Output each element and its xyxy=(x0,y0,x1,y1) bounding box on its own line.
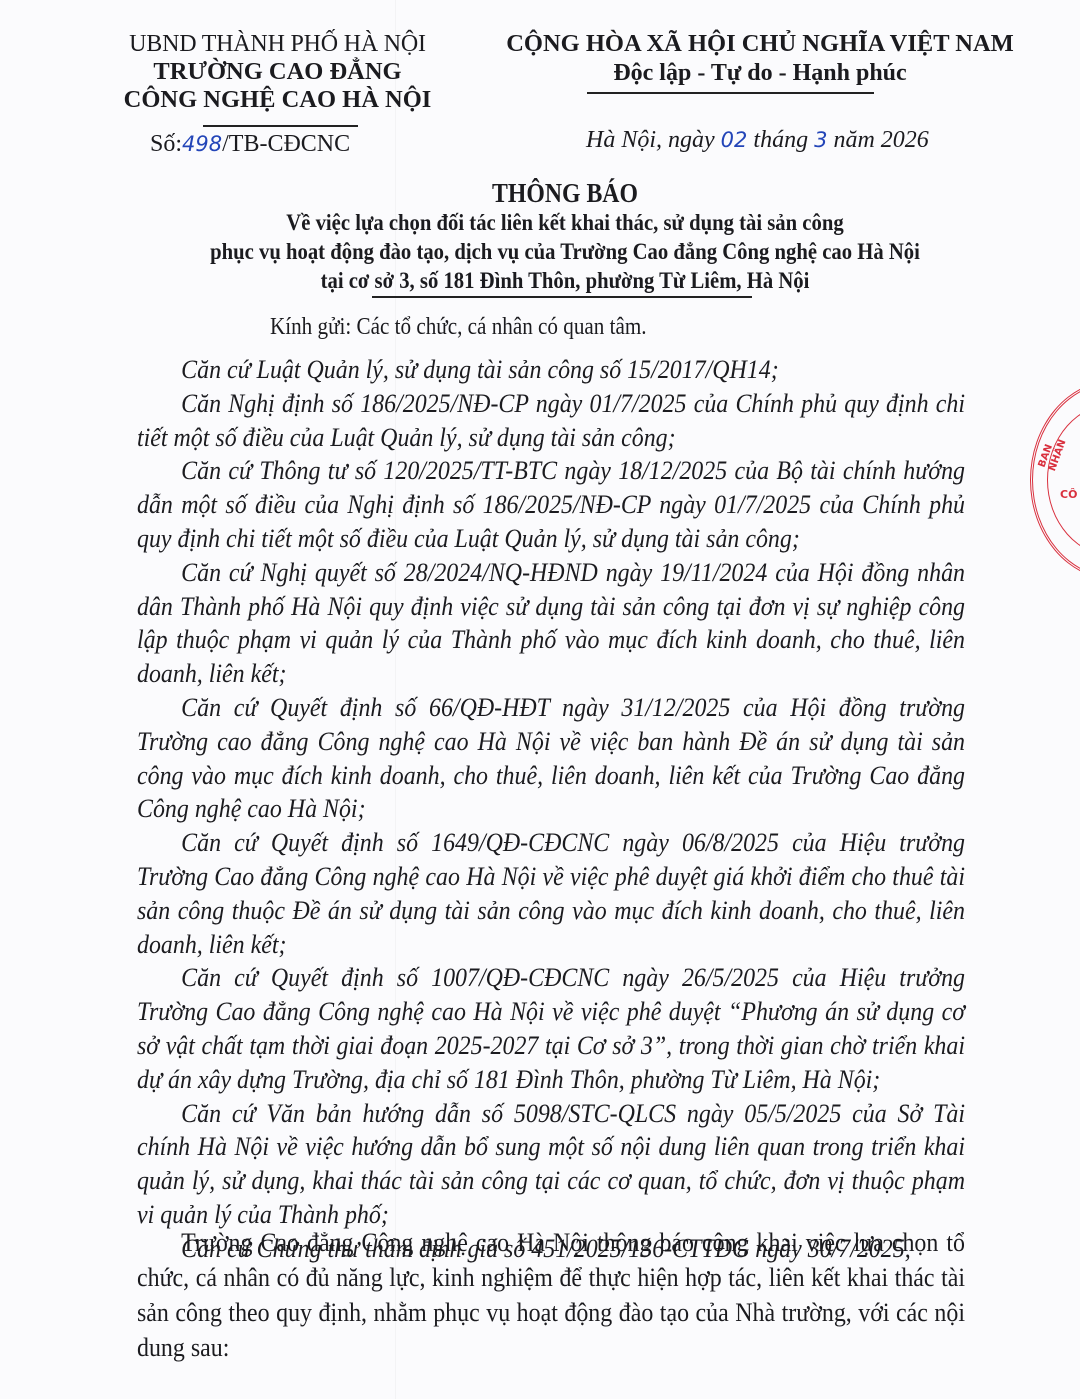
document-number-prefix: Số: xyxy=(150,131,182,157)
issue-date: Hà Nội, ngày 02 tháng 3 năm 2026 xyxy=(586,127,929,154)
year-text: năm 2026 xyxy=(827,127,928,153)
subject-line-1: Về việc lựa chọn đối tác liên kết khai t… xyxy=(121,209,1010,238)
school-name-line2: CÔNG NGHỆ CAO HÀ NỘI xyxy=(0,86,555,114)
month-handwritten: 3 xyxy=(814,128,827,152)
day-handwritten: 02 xyxy=(721,128,748,152)
subject-line-3: tại cơ sở 3, số 181 Đình Thôn, phường Từ… xyxy=(121,267,1010,296)
legal-basis-item: Căn cứ Quyết định số 1649/QĐ-CĐCNC ngày … xyxy=(137,826,965,961)
motto-underline xyxy=(587,92,874,94)
document-number: Số:498/TB-CĐCNC xyxy=(150,131,350,158)
announcement-text: Trường Cao đẳng Công nghệ cao Hà Nội thô… xyxy=(137,1225,965,1365)
national-motto: Độc lập - Tự do - Hạnh phúc xyxy=(445,58,1075,88)
legal-basis-item: Căn cứ Nghị quyết số 28/2024/NQ-HĐND ngà… xyxy=(137,556,965,691)
legal-basis-item: Căn cứ Quyết định số 66/QĐ-HĐT ngày 31/1… xyxy=(137,691,965,826)
authority-underline xyxy=(203,125,358,127)
national-header-block: CỘNG HÒA XÃ HỘI CHỦ NGHĨA VIỆT NAM Độc l… xyxy=(445,30,1075,88)
document-type-heading: THÔNG BÁO xyxy=(121,177,1010,209)
legal-basis-item: Căn cứ Văn bản hướng dẫn số 5098/STC-QLC… xyxy=(137,1097,965,1232)
announcement-paragraph: Trường Cao đẳng Công nghệ cao Hà Nội thô… xyxy=(137,1225,965,1365)
seal-inner-text: CÔ xyxy=(1060,488,1077,501)
seal-inner-ring xyxy=(1047,403,1080,557)
title-underline xyxy=(372,296,752,298)
legal-bases-list: Căn cứ Luật Quản lý, sử dụng tài sản côn… xyxy=(137,353,965,1266)
document-number-handwritten: 498 xyxy=(182,132,222,156)
legal-basis-item: Căn cứ Thông tư số 120/2025/TT-BTC ngày … xyxy=(137,454,965,555)
document-number-suffix: /TB-CĐCNC xyxy=(222,131,350,157)
official-seal-stamp xyxy=(1030,380,1080,580)
country-name: CỘNG HÒA XÃ HỘI CHỦ NGHĨA VIỆT NAM xyxy=(445,30,1075,58)
document-title-block: THÔNG BÁO Về việc lựa chọn đối tác liên … xyxy=(60,177,1070,296)
month-label: tháng xyxy=(747,127,814,153)
recipient-line: Kính gửi: Các tổ chức, cá nhân có quan t… xyxy=(270,314,647,341)
date-prefix: Hà Nội, ngày xyxy=(586,127,721,153)
legal-basis-item: Căn Nghị định số 186/2025/NĐ-CP ngày 01/… xyxy=(137,387,965,455)
subject-line-2: phục vụ hoạt động đào tạo, dịch vụ của T… xyxy=(121,238,1010,267)
legal-basis-item: Căn cứ Luật Quản lý, sử dụng tài sản côn… xyxy=(137,353,965,387)
legal-basis-item: Căn cứ Quyết định số 1007/QĐ-CĐCNC ngày … xyxy=(137,961,965,1096)
